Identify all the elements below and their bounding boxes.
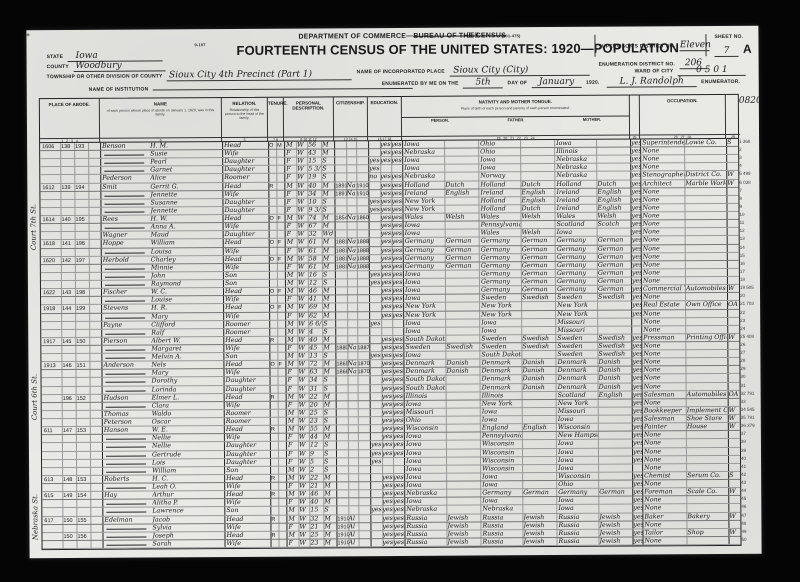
cell-marital: M: [324, 531, 335, 539]
cell-sex: F: [287, 369, 297, 377]
cell-read: yes: [381, 287, 392, 295]
cell-relation: Head: [226, 475, 268, 483]
cell-sex: F: [288, 377, 298, 385]
cell-nat: Al: [348, 523, 358, 531]
cell-sex: F: [287, 296, 297, 304]
cell-tongue: Welsh: [446, 214, 479, 222]
cell-read: yes: [382, 498, 393, 506]
cell-relation: Wife: [226, 402, 268, 410]
cell-nat: Na: [347, 255, 357, 263]
cell-birth: Iowa: [405, 230, 445, 238]
cell-marital: M: [324, 474, 335, 482]
cell-f-tongue: English: [521, 189, 554, 197]
sheet-value: 7: [715, 46, 739, 57]
ditto-dash: [105, 350, 145, 351]
cell-race: W: [298, 223, 308, 231]
cell-write: yes: [393, 531, 404, 539]
cell-school: yes: [371, 450, 381, 458]
cell-sex: F: [287, 223, 297, 231]
line-number: 33: [741, 399, 746, 404]
cell-m-tongue: Dutch: [597, 180, 630, 188]
street-name-3: Nebraska St.: [31, 494, 39, 540]
cell-f-birth: Sweden: [481, 294, 521, 302]
cell-nat-yr: 1888: [357, 239, 369, 247]
cell-industry: Bakery: [687, 512, 727, 520]
cell-f-birth: Iowa: [480, 165, 520, 173]
cell-read: yes: [380, 149, 391, 157]
cell-birth: Iowa: [404, 141, 444, 149]
cell-marital: M: [323, 214, 334, 222]
cell-marital: M: [323, 369, 334, 377]
line-number: 17: [740, 269, 745, 274]
line-number: 16: [740, 261, 745, 266]
cell-race: W: [299, 491, 309, 499]
cell-given: Elmer L.: [152, 394, 222, 402]
cell-relation: Wife: [225, 296, 267, 304]
cell-m-tongue: Swedish: [598, 351, 631, 359]
cell-nat-yr: 1910: [356, 182, 368, 190]
cell-relation: Daughter: [226, 458, 268, 466]
cell-read: yes: [380, 198, 391, 206]
cell-age: 61: [309, 247, 322, 255]
cell-tongue: Swedish: [446, 343, 479, 351]
cell-surname: Rees: [103, 216, 151, 224]
cell-f-birth: South Dakota: [481, 351, 521, 359]
cell-english: yes: [633, 375, 642, 383]
cell-home: F: [278, 288, 285, 296]
cell-write: yes: [392, 271, 403, 279]
cell-race: W: [298, 280, 308, 288]
cell-birth: Iowa: [406, 498, 446, 506]
cell-sex: M: [286, 142, 296, 150]
ditto-dash: [105, 211, 145, 212]
cell-occupation: None: [644, 480, 686, 488]
cell-nat: Na: [346, 182, 356, 190]
cell-relation: Daughter: [226, 442, 268, 450]
cell-age: 32: [310, 515, 323, 523]
cell-f-tongue: Danish: [523, 384, 556, 392]
header-person: PERSON.: [402, 116, 478, 122]
cell-birth: Iowa: [406, 441, 446, 449]
cell-m-tongue: Danish: [599, 375, 632, 383]
cell-relation: Head: [226, 491, 268, 499]
cell-age: 74: [309, 215, 322, 223]
cell-birth: Iowa: [405, 352, 445, 360]
cell-street: 613: [44, 476, 62, 484]
cell-family: 153: [77, 476, 90, 484]
cell-f-birth: Sweden: [481, 343, 521, 351]
cell-m-birth: Sweden: [557, 294, 597, 302]
cell-imm: 1880: [336, 344, 347, 352]
header-mother: MOTHER.: [554, 116, 630, 122]
cell-tenure: O: [270, 239, 277, 247]
cell-read: yes: [382, 474, 393, 482]
cell-age: 16: [309, 271, 322, 279]
cell-english: yes: [632, 245, 641, 253]
cell-birth: Nebraska: [404, 173, 444, 181]
ditto-dash: [106, 390, 146, 391]
cell-street: 1917: [43, 338, 61, 346]
cell-write: yes: [393, 474, 404, 482]
cell-occupation: None: [642, 196, 684, 204]
cell-occupation: None: [643, 220, 685, 228]
cell-tongue: Jewish: [448, 538, 481, 546]
line-number: 25 408: [740, 334, 754, 339]
cell-m-birth: Russia: [558, 530, 598, 538]
cell-marital: M: [324, 401, 335, 409]
cell-race: W: [298, 255, 308, 263]
cell-birth: Iowa: [406, 401, 446, 409]
cell-m-birth: New York: [557, 310, 597, 318]
cell-relation: Roomer: [226, 410, 268, 418]
cell-occupation: Baker: [644, 513, 686, 521]
cell-age: 12: [309, 279, 322, 287]
cell-m-tongue: German: [598, 245, 631, 253]
cell-given: Sylvia: [152, 524, 222, 532]
cell-english: yes: [632, 213, 641, 221]
cell-given: Albert W.: [151, 337, 221, 345]
ditto-dash: [106, 471, 146, 472]
cell-age: 58: [309, 255, 322, 263]
cell-relation: Head: [225, 361, 267, 369]
cell-english: yes: [632, 342, 641, 350]
cell-industry: House: [687, 423, 727, 431]
cell-occupation: None: [643, 261, 685, 269]
cell-street: 1618: [43, 240, 61, 248]
cell-race: W: [299, 507, 309, 515]
cell-f-birth: Wales: [481, 213, 521, 221]
cell-sex: F: [287, 345, 297, 353]
cell-f-birth: Germany: [481, 262, 521, 270]
cell-occupation: None: [643, 342, 685, 350]
cell-surname: Hay: [104, 492, 152, 500]
cell-street: 1614: [43, 216, 61, 224]
cell-m-birth: Nebraska: [556, 164, 596, 172]
institution-label: NAME OF INSTITUTION: [89, 86, 149, 92]
cell-f-birth: Russia: [483, 538, 523, 546]
cell-write: yes: [391, 157, 402, 165]
cell-tenure: R: [271, 475, 278, 483]
cell-given: Garnet: [150, 166, 220, 174]
cell-relation: Head: [224, 182, 266, 190]
cell-english: yes: [632, 221, 641, 229]
cell-sex: F: [289, 539, 299, 547]
cell-occupation: None: [644, 521, 686, 529]
line-number: 27: [740, 350, 745, 355]
cell-sex: M: [287, 271, 297, 279]
cell-relation: Son: [225, 353, 267, 361]
cell-write: yes: [392, 352, 403, 360]
cell-occupation: None: [643, 277, 685, 285]
cell-class: W: [727, 171, 739, 179]
cell-surname: Wagner: [103, 232, 151, 240]
header-citizenship: CITIZENSHIP. 13 14 15: [334, 97, 368, 141]
cell-read: yes: [381, 336, 392, 344]
cell-industry: Lowie Co.: [685, 139, 725, 147]
cell-birth: New York: [404, 198, 444, 206]
cell-surname: Pierson: [103, 337, 151, 345]
cell-m-birth: Iowa: [558, 448, 598, 456]
line-number: 5 499: [739, 171, 750, 176]
cell-dwelling: 142: [62, 257, 75, 265]
cell-marital: S: [324, 417, 335, 425]
cell-marital: S: [323, 352, 334, 360]
cell-nat-yr: 1860: [357, 214, 369, 222]
line-number: 6 038: [739, 179, 750, 184]
cell-age: 40: [310, 499, 323, 507]
cell-relation: Daughter: [224, 166, 266, 174]
cell-sex: M: [288, 507, 298, 515]
cell-english: yes: [633, 440, 642, 448]
cell-english: yes: [631, 139, 640, 147]
cell-family: 199: [76, 305, 89, 313]
cell-dwelling: 140: [62, 216, 75, 224]
cell-tongue: German: [446, 254, 479, 262]
header-nativity: NATIVITY AND MOTHER TONGUE. Place of bir…: [402, 96, 630, 141]
cell-tenure: R: [271, 491, 278, 499]
cell-birth: Nebraska: [404, 149, 444, 157]
cell-read: yes: [380, 157, 391, 165]
cell-sex: F: [286, 174, 296, 182]
cell-write: yes: [393, 514, 404, 522]
cell-tenure: O: [270, 255, 277, 263]
cell-occupation: None: [643, 310, 685, 318]
cell-relation: Head: [226, 393, 268, 401]
cell-m-birth: Illinois: [556, 148, 596, 156]
cell-class: S: [727, 139, 739, 147]
cell-relation: Daughter: [226, 450, 268, 458]
cell-english: yes: [632, 302, 641, 310]
sheet-side: A: [743, 42, 752, 56]
cell-birth: Germany: [405, 254, 445, 262]
cell-given: H. W.: [151, 215, 221, 223]
institution-field: NAME OF INSTITUTION: [89, 76, 413, 96]
bureau-name: BUREAU OF THE CENSUS: [413, 32, 506, 40]
cell-m-tongue: English: [597, 205, 630, 213]
cell-given: Lois: [152, 459, 222, 467]
line-number: 37: [741, 431, 746, 436]
cell-occupation: None: [643, 245, 685, 253]
cell-write: yes: [393, 449, 404, 457]
cell-age: 21: [310, 523, 323, 531]
cell-read: yes: [381, 303, 392, 311]
cell-given: Lorinda: [152, 386, 222, 394]
cell-home: F: [278, 255, 285, 263]
cell-surname: Thomas: [104, 410, 152, 418]
cell-given: H. R.: [151, 304, 221, 312]
cell-english: yes: [633, 497, 642, 505]
cell-sex: F: [286, 198, 296, 206]
cell-f-birth: Iowa: [481, 327, 521, 335]
cell-marital: M: [323, 239, 334, 247]
cell-relation: Head: [225, 304, 267, 312]
cell-sex: M: [288, 393, 298, 401]
cell-race: W: [299, 515, 309, 523]
cell-age: 23: [311, 539, 324, 547]
cell-read: yes: [382, 531, 393, 539]
cell-given: Louisa: [151, 248, 221, 256]
cell-birth: Russia: [406, 522, 446, 530]
cell-english: yes: [633, 456, 642, 464]
cell-marital: M: [324, 499, 335, 507]
cell-race: W: [299, 483, 309, 491]
ditto-dash: [106, 512, 146, 513]
cell-m-tongue: English: [597, 196, 630, 204]
cell-m-birth: Nebraska: [556, 156, 596, 164]
cell-english: yes: [633, 383, 642, 391]
cell-age: 4: [309, 328, 322, 336]
cell-given: Gerrit G.: [150, 183, 220, 191]
cell-race: W: [298, 263, 308, 271]
cell-sex: F: [288, 450, 298, 458]
cell-read: yes: [381, 222, 392, 230]
cell-birth: Nebraska: [406, 506, 446, 514]
cell-relation: Wife: [226, 499, 268, 507]
cell-m-birth: Iowa: [557, 229, 597, 237]
cell-m-birth: Russia: [559, 538, 599, 546]
cell-birth: Holland: [404, 181, 444, 189]
cell-birth: Wisconsin: [406, 425, 446, 433]
cell-given: Jennette: [150, 191, 220, 199]
line-number: 4: [739, 163, 742, 168]
ditto-dash: [106, 406, 146, 407]
cell-m-birth: New York: [557, 302, 597, 310]
cell-sex: F: [288, 458, 298, 466]
cell-imm: 1910: [337, 515, 348, 523]
cell-relation: Wife: [226, 483, 268, 491]
cell-age: 40: [308, 182, 321, 190]
cell-occupation: None: [643, 358, 685, 366]
cell-m-birth: Ireland: [556, 188, 596, 196]
cell-race: W: [297, 166, 307, 174]
line-number: 44: [741, 488, 746, 493]
cell-dwelling: 144: [62, 305, 75, 313]
cell-write: yes: [391, 149, 402, 157]
cell-marital: M: [323, 312, 334, 320]
cell-marital: S: [324, 442, 335, 450]
cell-tenure: R: [270, 337, 277, 345]
cell-race: W: [298, 271, 308, 279]
cell-tongue: Danish: [446, 368, 479, 376]
cell-race: W: [298, 353, 308, 361]
cell-f-birth: Norway: [480, 173, 520, 181]
cell-relation: Son: [226, 507, 268, 515]
cell-age: 20: [310, 401, 323, 409]
cell-age: 46: [309, 288, 322, 296]
cell-english: yes: [632, 351, 641, 359]
cell-m-birth: Wisconsin: [558, 473, 598, 481]
cell-m-birth: Germany: [557, 262, 597, 270]
line-number: 46: [741, 504, 746, 509]
line-number: 36 379: [741, 423, 755, 428]
cell-birth: Iowa: [406, 449, 446, 457]
line-number: 1 368: [739, 139, 750, 144]
cell-occupation: None: [643, 269, 685, 277]
cell-tenure: O: [269, 142, 276, 150]
cell-imm: 1854: [336, 214, 347, 222]
supervisor-district-field: SUPERVISOR'S DISTRICT NO. Eleven: [598, 34, 705, 53]
cell-m-birth: Wisconsin: [558, 424, 598, 432]
cell-race: W: [299, 393, 309, 401]
cell-race: W: [298, 296, 308, 304]
cell-m-birth: Germany: [557, 278, 597, 286]
cell-occupation: None: [642, 188, 684, 196]
cell-tenure: R: [271, 515, 278, 523]
form-code: (201-475): [501, 33, 520, 38]
cell-sex: M: [287, 353, 297, 361]
cell-f-birth: Ohio: [480, 148, 520, 156]
cell-relation: Head: [224, 142, 266, 150]
cell-f-birth: Iowa: [481, 319, 521, 327]
cell-marital: S: [324, 409, 335, 417]
line-number: 8: [739, 196, 742, 201]
cell-given: Nellie: [152, 434, 222, 442]
cell-nat-yr: 1910: [356, 190, 368, 198]
cell-occupation: None: [643, 367, 685, 375]
cell-race: W: [299, 442, 309, 450]
cell-industry: Shop: [687, 529, 727, 537]
cell-f-birth: Holland: [480, 181, 520, 189]
cell-f-birth: Illinois: [482, 392, 522, 400]
cell-occupation: Salesman: [644, 391, 686, 399]
cell-f-tongue: German: [522, 278, 555, 286]
cell-f-birth: Iowa: [482, 416, 522, 424]
cell-occupation: None: [643, 237, 685, 245]
cell-m-tongue: Danish: [599, 383, 632, 391]
cell-given: Joseph: [152, 532, 222, 540]
cell-m-birth: New York: [558, 400, 598, 408]
cell-marital: M: [322, 182, 333, 190]
cell-occupation: None: [644, 456, 686, 464]
cell-read: yes: [382, 515, 393, 523]
cell-tongue: German: [446, 262, 479, 270]
cell-marital: S: [322, 198, 333, 206]
cell-f-tongue: English: [523, 424, 556, 432]
cell-tongue: English: [445, 189, 478, 197]
cell-age: 61: [309, 239, 322, 247]
cell-f-birth: Denmark: [482, 384, 522, 392]
cell-f-birth: Sweden: [481, 335, 521, 343]
cell-marital: M: [323, 344, 334, 352]
cell-m-birth: Scotland: [558, 391, 598, 399]
cell-nat: Na: [347, 214, 357, 222]
cell-occupation: None: [642, 155, 684, 163]
cell-relation: Roomer: [225, 329, 267, 337]
cell-occupation: None: [644, 496, 686, 504]
cell-age: 9: [310, 450, 323, 458]
cell-home: F: [278, 361, 285, 369]
cell-f-tongue: German: [522, 262, 555, 270]
form-header: ✱ 9-107 STATE Iowa COUNTY Woodbury TOWNS…: [26, 26, 758, 96]
cell-age: 46: [310, 491, 323, 499]
cell-sex: F: [288, 442, 298, 450]
cell-read: yes: [381, 344, 392, 352]
cell-given: Clifford: [151, 321, 221, 329]
ditto-dash: [106, 504, 146, 505]
cell-birth: Russia: [406, 514, 446, 522]
enumerated-label: ENUMERATED BY ME ON THE: [382, 81, 459, 87]
enumerated-month: January: [532, 77, 582, 88]
cell-school: yes: [370, 320, 380, 328]
cell-m-birth: Iowa: [558, 465, 598, 473]
cell-m-birth: Sweden: [557, 335, 597, 343]
line-number: 49: [741, 529, 746, 534]
line-number: 3: [739, 155, 742, 160]
cell-given: Pearl: [150, 158, 220, 166]
cell-dwelling: 148: [63, 476, 76, 484]
cell-industry: Serum Co.: [687, 472, 727, 480]
cell-marital: M: [323, 288, 334, 296]
